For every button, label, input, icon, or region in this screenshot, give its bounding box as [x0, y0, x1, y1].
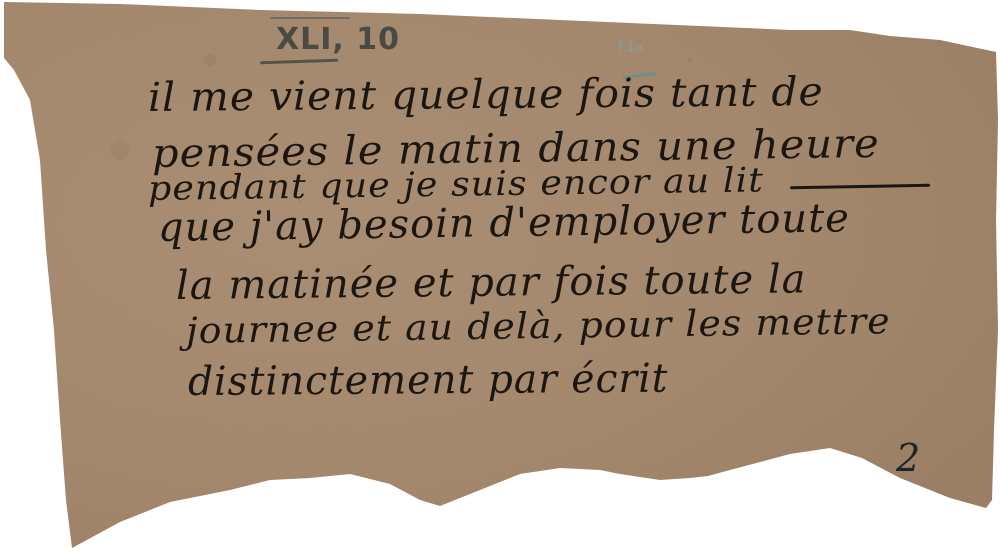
folio-mark: f.1a: [618, 40, 644, 56]
manuscript-line-1: il me vient quelque fois tant de: [148, 72, 824, 118]
reference-overline: [270, 17, 350, 19]
manuscript-line-4: que j'ay besoin d'employer toute: [158, 198, 850, 248]
manuscript-scan: XLI, 10 f.1a il me vient quelque fois ta…: [0, 0, 1000, 554]
archive-reference: XLI, 10: [276, 22, 400, 57]
manuscript-line-7: distinctement par écrit: [188, 359, 669, 402]
page-number: 2: [896, 436, 920, 480]
manuscript-line-6: journee et au delà, pour les mettre: [186, 304, 891, 350]
manuscript-line-5: la matinée et par fois toute la: [176, 259, 807, 306]
